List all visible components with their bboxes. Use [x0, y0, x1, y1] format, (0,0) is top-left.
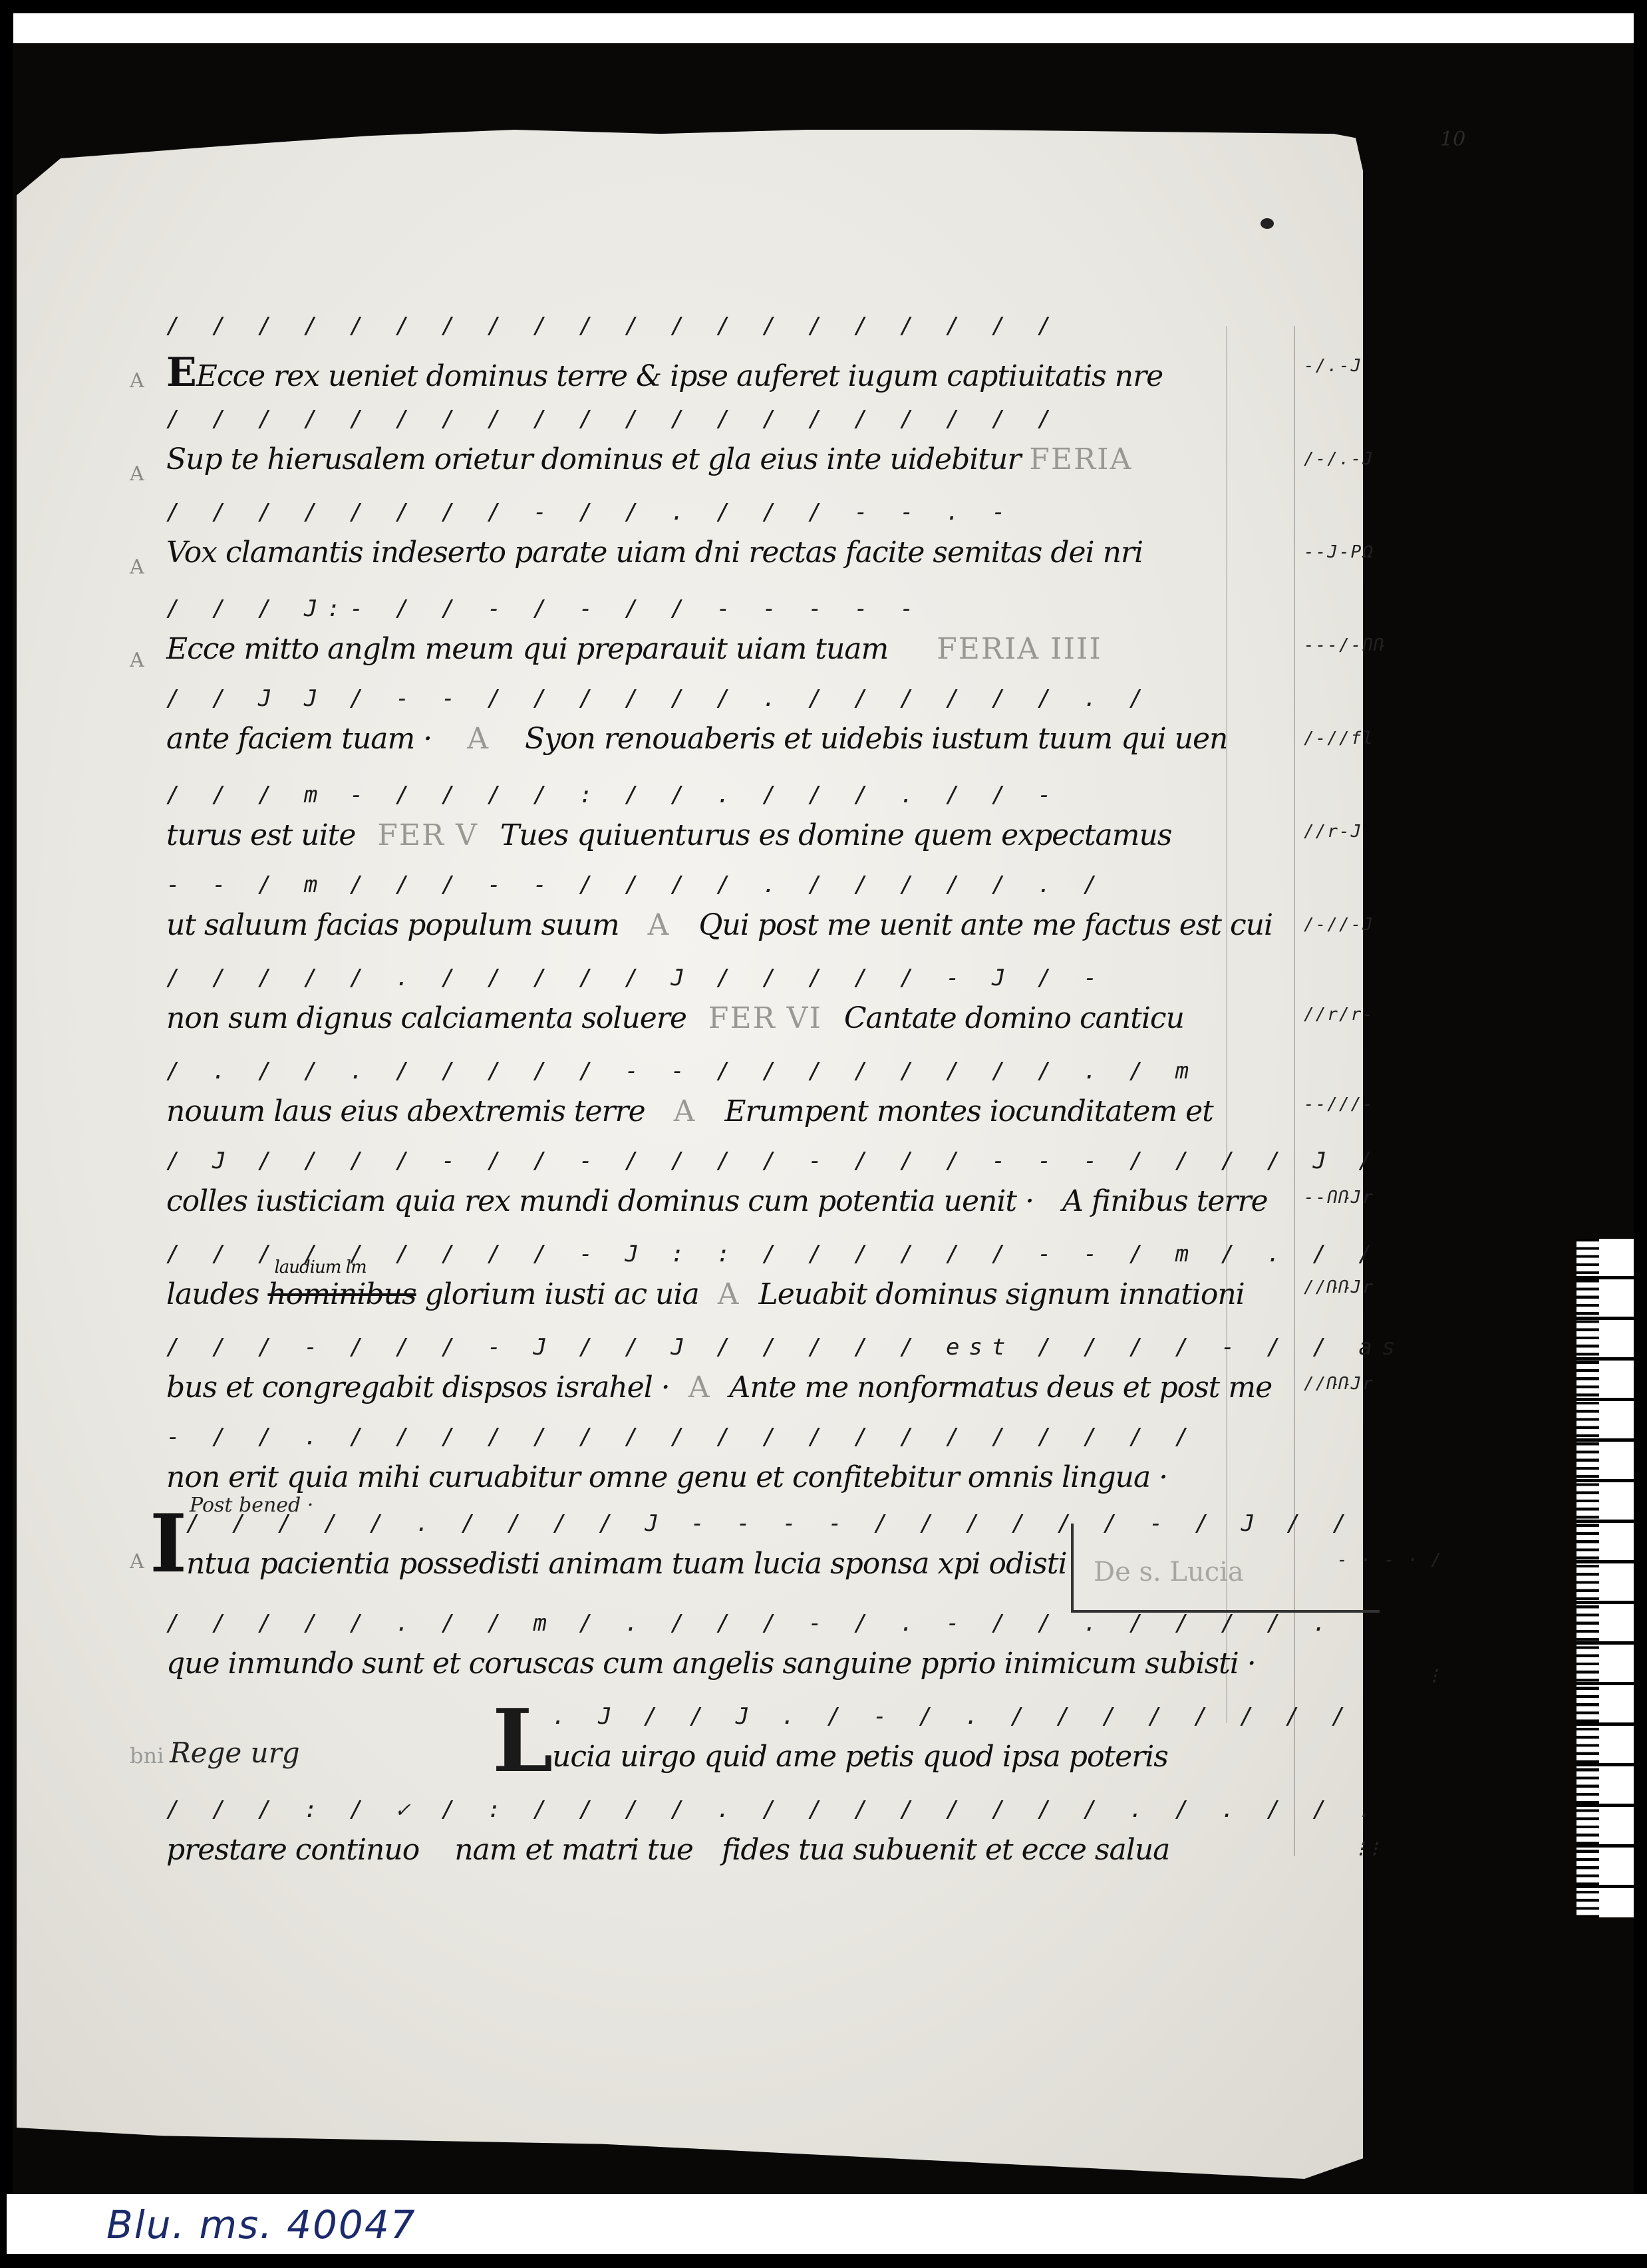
- neumes: / J / / / / - / / - / / / / - / / / - - …: [166, 1148, 1382, 1174]
- faded-rubric: FERIA IIII: [937, 632, 1102, 666]
- margin-neumes: -/.-J: [1304, 356, 1362, 376]
- margin-neumes: //ՌՌJr: [1304, 1374, 1374, 1394]
- margin-neumes: /-/.-J: [1304, 449, 1374, 469]
- chant-line-17: / / / : / ✓ / : / / / / . / / / / / / / …: [160, 1796, 1251, 1883]
- margin-neumes: //r-J: [1304, 822, 1362, 842]
- chant-line-1: / / / / / / / / / / / / / / / / / / / / …: [160, 313, 1251, 399]
- folio-number: 10: [1440, 128, 1465, 151]
- chant-line-8: / / / / / . / / / / / J / / / / / - J / …: [160, 965, 1251, 1051]
- chant-line-11: / / / / / / / / / - J : : / / / / / / - …: [160, 1241, 1251, 1327]
- chant-text-content: Qui post me uenit ante me factus est cui: [698, 908, 1273, 942]
- neumes: . J / / J . / - / . / / / / / / / /: [552, 1703, 1354, 1730]
- neumes: / / / / / / / / / / / / / / / / / / / /: [166, 406, 1060, 432]
- chant-text: non sum dignus calciamenta soluere FER V…: [166, 1001, 1184, 1035]
- neumes: / / / / / . / / / / / J / / / / / - J / …: [166, 965, 1106, 991]
- chant-text-content: ntua pacientia possedisti animam tuam lu…: [186, 1547, 1067, 1581]
- chant-text-content: ucia uirgo quid ame petis quod ipsa pote…: [552, 1740, 1168, 1774]
- antiphon-marker: A: [674, 1094, 696, 1128]
- chant-line-15: / / / / / . / / m / . / / / - / . - / / …: [160, 1610, 1251, 1697]
- chant-text-content: Ecce rex ueniet dominus terre & ipse auf…: [196, 359, 1163, 393]
- chant-text-content: glorium iusti ac uia: [425, 1277, 699, 1311]
- chant-text: prestare continuo nam et matri tue fides…: [166, 1833, 1169, 1867]
- antiphon-marker: A: [130, 649, 144, 672]
- chant-text-content: A finibus terre: [1062, 1184, 1267, 1218]
- chant-text: ante faciem tuam · A Syon renouaberis et…: [166, 722, 1227, 756]
- margin-neumes: /-//fl: [1304, 729, 1374, 748]
- margin-neumes: --J-PΩ: [1304, 542, 1374, 562]
- chant-text: EEcce rex ueniet dominus terre & ipse au…: [166, 349, 1163, 396]
- antiphon-marker: A: [718, 1277, 740, 1311]
- chant-text: Sup te hierusalem orietur dominus et gla…: [166, 442, 1132, 476]
- margin-neumes: --///-: [1304, 1094, 1374, 1114]
- antiphon-marker: A: [648, 908, 671, 942]
- chant-text-content: Ante me nonformatus deus et post me: [730, 1371, 1273, 1404]
- neumes: / / / / / . / / m / . / / / - / . - / / …: [166, 1610, 1336, 1637]
- margin-neumes: //ՌՌJr: [1304, 1277, 1374, 1297]
- neumes: / / / J:- / / - / - / / - - - - -: [166, 595, 923, 622]
- shelfmark-label: Blu. ms. 40047: [106, 2202, 416, 2247]
- chant-text-content: Syon renouaberis et uidebis iustum tuum …: [525, 722, 1227, 756]
- chant-text: Vox clamantis indeserto parate uiam dni …: [166, 536, 1143, 569]
- chant-text-content: non sum dignus calciamenta soluere: [166, 1001, 686, 1035]
- neumes: / / / m - / / / / : / / . / / / . / / -: [166, 782, 1060, 808]
- chant-text-content: Vox clamantis indeserto parate uiam dni …: [166, 536, 1143, 569]
- faded-rubric: FER V: [377, 818, 478, 852]
- initial-letter: E: [166, 349, 196, 396]
- chant-line-12: / / / - / / / - J / / J / / / / / est / …: [160, 1334, 1251, 1420]
- chant-line-4: / / / J:- / / - / - / / - - - - - Ecce m…: [160, 595, 1251, 682]
- chant-text-content: fides tua subuenit et ecce salua: [722, 1833, 1169, 1867]
- chant-text: bus et congregabit dispsos israhel · A A…: [166, 1371, 1272, 1404]
- chant-text-content: laudes: [166, 1277, 259, 1311]
- chant-text-content: ut saluum facias populum suum: [166, 908, 619, 942]
- chant-line-13: - / / . / / / / / / / / / / / / / / / / …: [160, 1424, 1251, 1510]
- chant-text: ucia uirgo quid ame petis quod ipsa pote…: [552, 1740, 1168, 1774]
- chant-text-content: Sup te hierusalem orietur dominus et gla…: [166, 442, 1020, 476]
- margin-neumes: --ՈՌJr: [1304, 1188, 1374, 1208]
- chant-text-content: Cantate domino canticu: [844, 1001, 1184, 1035]
- chant-text: laudes laudium lm hominibus glorium iust…: [166, 1277, 1245, 1311]
- chant-line-6: / / / m - / / / / : / / . / / / . / / - …: [160, 782, 1251, 868]
- chant-line-10: / J / / / / - / / - / / / / - / / / - - …: [160, 1148, 1251, 1234]
- chant-line-2: / / / / / / / / / / / / / / / / / / / / …: [160, 406, 1251, 492]
- margin-mark: ⁝ ⁝: [1357, 1836, 1378, 1862]
- neumes: / / / : / ✓ / : / / / / . / / / / / / / …: [166, 1796, 1382, 1823]
- chant-text-content: Leuabit dominus signum innationi: [758, 1277, 1244, 1311]
- ink-stain: [1261, 218, 1274, 229]
- chant-text-content: Erumpent montes iocunditatem et: [724, 1094, 1213, 1128]
- interlinear-correction: laudium lm: [274, 1257, 366, 1277]
- chant-text: ut saluum facias populum suum A Qui post…: [166, 908, 1273, 942]
- neumes: / / / / / / / / / / / / / / / / / / / /: [166, 313, 1060, 339]
- chant-line-3: / / / / / / / / - / / . / / / - - . - Vo…: [160, 499, 1251, 585]
- antiphon-marker: A: [130, 369, 144, 393]
- antiphon-marker: A: [130, 556, 144, 579]
- neumes: / / / - / / / - J / / J / / / / / est / …: [166, 1334, 1404, 1361]
- correction: laudium lm hominibus: [267, 1277, 416, 1311]
- faded-rubric: FERIA: [1029, 442, 1132, 476]
- struck-word: hominibus: [267, 1277, 416, 1311]
- chant-text-content: bus et congregabit dispsos israhel ·: [166, 1371, 670, 1404]
- decorated-initial-L: L: [492, 1690, 553, 1792]
- neumes: - / / . / / / / / / / / / / / / / / / / …: [166, 1424, 1198, 1450]
- rubric-bracket: De s. Lucia: [1071, 1524, 1380, 1613]
- margin-neumes: - · - · /: [1337, 1550, 1443, 1570]
- chant-text: Ecce mitto anglm meum qui preparauit uia…: [166, 632, 1102, 666]
- neumes: / . / / . / / / / / - - / / / / / / / / …: [166, 1058, 1198, 1084]
- margin-neumes: ---/-ՈՌ: [1304, 635, 1386, 655]
- top-white-strip: [13, 13, 1634, 43]
- antiphon-marker: A: [467, 722, 490, 756]
- chant-text-content: colles iusticiam quia rex mundi dominus …: [166, 1184, 1034, 1218]
- antiphon-marker: A: [688, 1371, 711, 1404]
- chant-line-16: . J / / J . / - / . / / / / / / / / ucia…: [545, 1703, 1277, 1790]
- faded-rubric-de-s-lucia: De s. Lucia: [1094, 1557, 1244, 1587]
- chant-text: turus est uite FER V Tues quiuenturus es…: [166, 818, 1171, 852]
- chant-text: nouum laus eius abextremis terre A Erump…: [166, 1094, 1213, 1128]
- chant-text-content: non erit quia mihi curuabitur omne genu …: [166, 1460, 1167, 1494]
- chant-text-content: turus est uite: [166, 818, 355, 852]
- chant-text-content: que inmundo sunt et coruscas cum angelis…: [166, 1647, 1256, 1681]
- antiphon-marker: A: [130, 462, 144, 486]
- chant-line-9: / . / / . / / / / / - - / / / / / / / / …: [160, 1058, 1251, 1144]
- chant-text: non erit quia mihi curuabitur omne genu …: [166, 1460, 1167, 1494]
- chant-line-5: / / J J / - - / / / / / / . / / / / / / …: [160, 685, 1251, 772]
- neumes: - - / m / / / - - / / / / . / / / / / . …: [166, 872, 1106, 898]
- antiphon-marker: A: [130, 1550, 144, 1573]
- scale-ruler-major-ticks: [1576, 1239, 1634, 1917]
- faded-rubric: FER VI: [708, 1001, 822, 1035]
- margin-neumes: /-//-J: [1304, 915, 1374, 935]
- chant-text-content: nouum laus eius abextremis terre: [166, 1094, 645, 1128]
- margin-neumes: //r/r-: [1304, 1005, 1374, 1025]
- chant-text: ntua pacientia possedisti animam tuam lu…: [186, 1547, 1067, 1581]
- chant-text: colles iusticiam quia rex mundi dominus …: [166, 1184, 1268, 1218]
- neumes: / / / / / / / / - / / . / / / - - . -: [166, 499, 1014, 526]
- chant-text-content: nam et matri tue: [454, 1833, 693, 1867]
- chant-text-content: Tues quiuenturus es domine quem expectam…: [500, 818, 1171, 852]
- chant-text-content: Ecce mitto anglm meum qui preparauit uia…: [166, 632, 888, 666]
- chant-line-7: - - / m / / / - - / / / / . / / / / / . …: [160, 872, 1251, 958]
- chant-text: que inmundo sunt et coruscas cum angelis…: [166, 1647, 1256, 1681]
- chant-text-content: prestare continuo: [166, 1833, 419, 1867]
- rubric-rege-urg: Rege urg: [170, 1736, 300, 1769]
- margin-mark: ⁝: [1430, 1663, 1437, 1689]
- chant-text-content: ante faciem tuam ·: [166, 722, 432, 756]
- faded-margin-note: bni: [130, 1743, 164, 1768]
- neumes: / / J J / - - / / / / / / . / / / / / / …: [166, 685, 1152, 712]
